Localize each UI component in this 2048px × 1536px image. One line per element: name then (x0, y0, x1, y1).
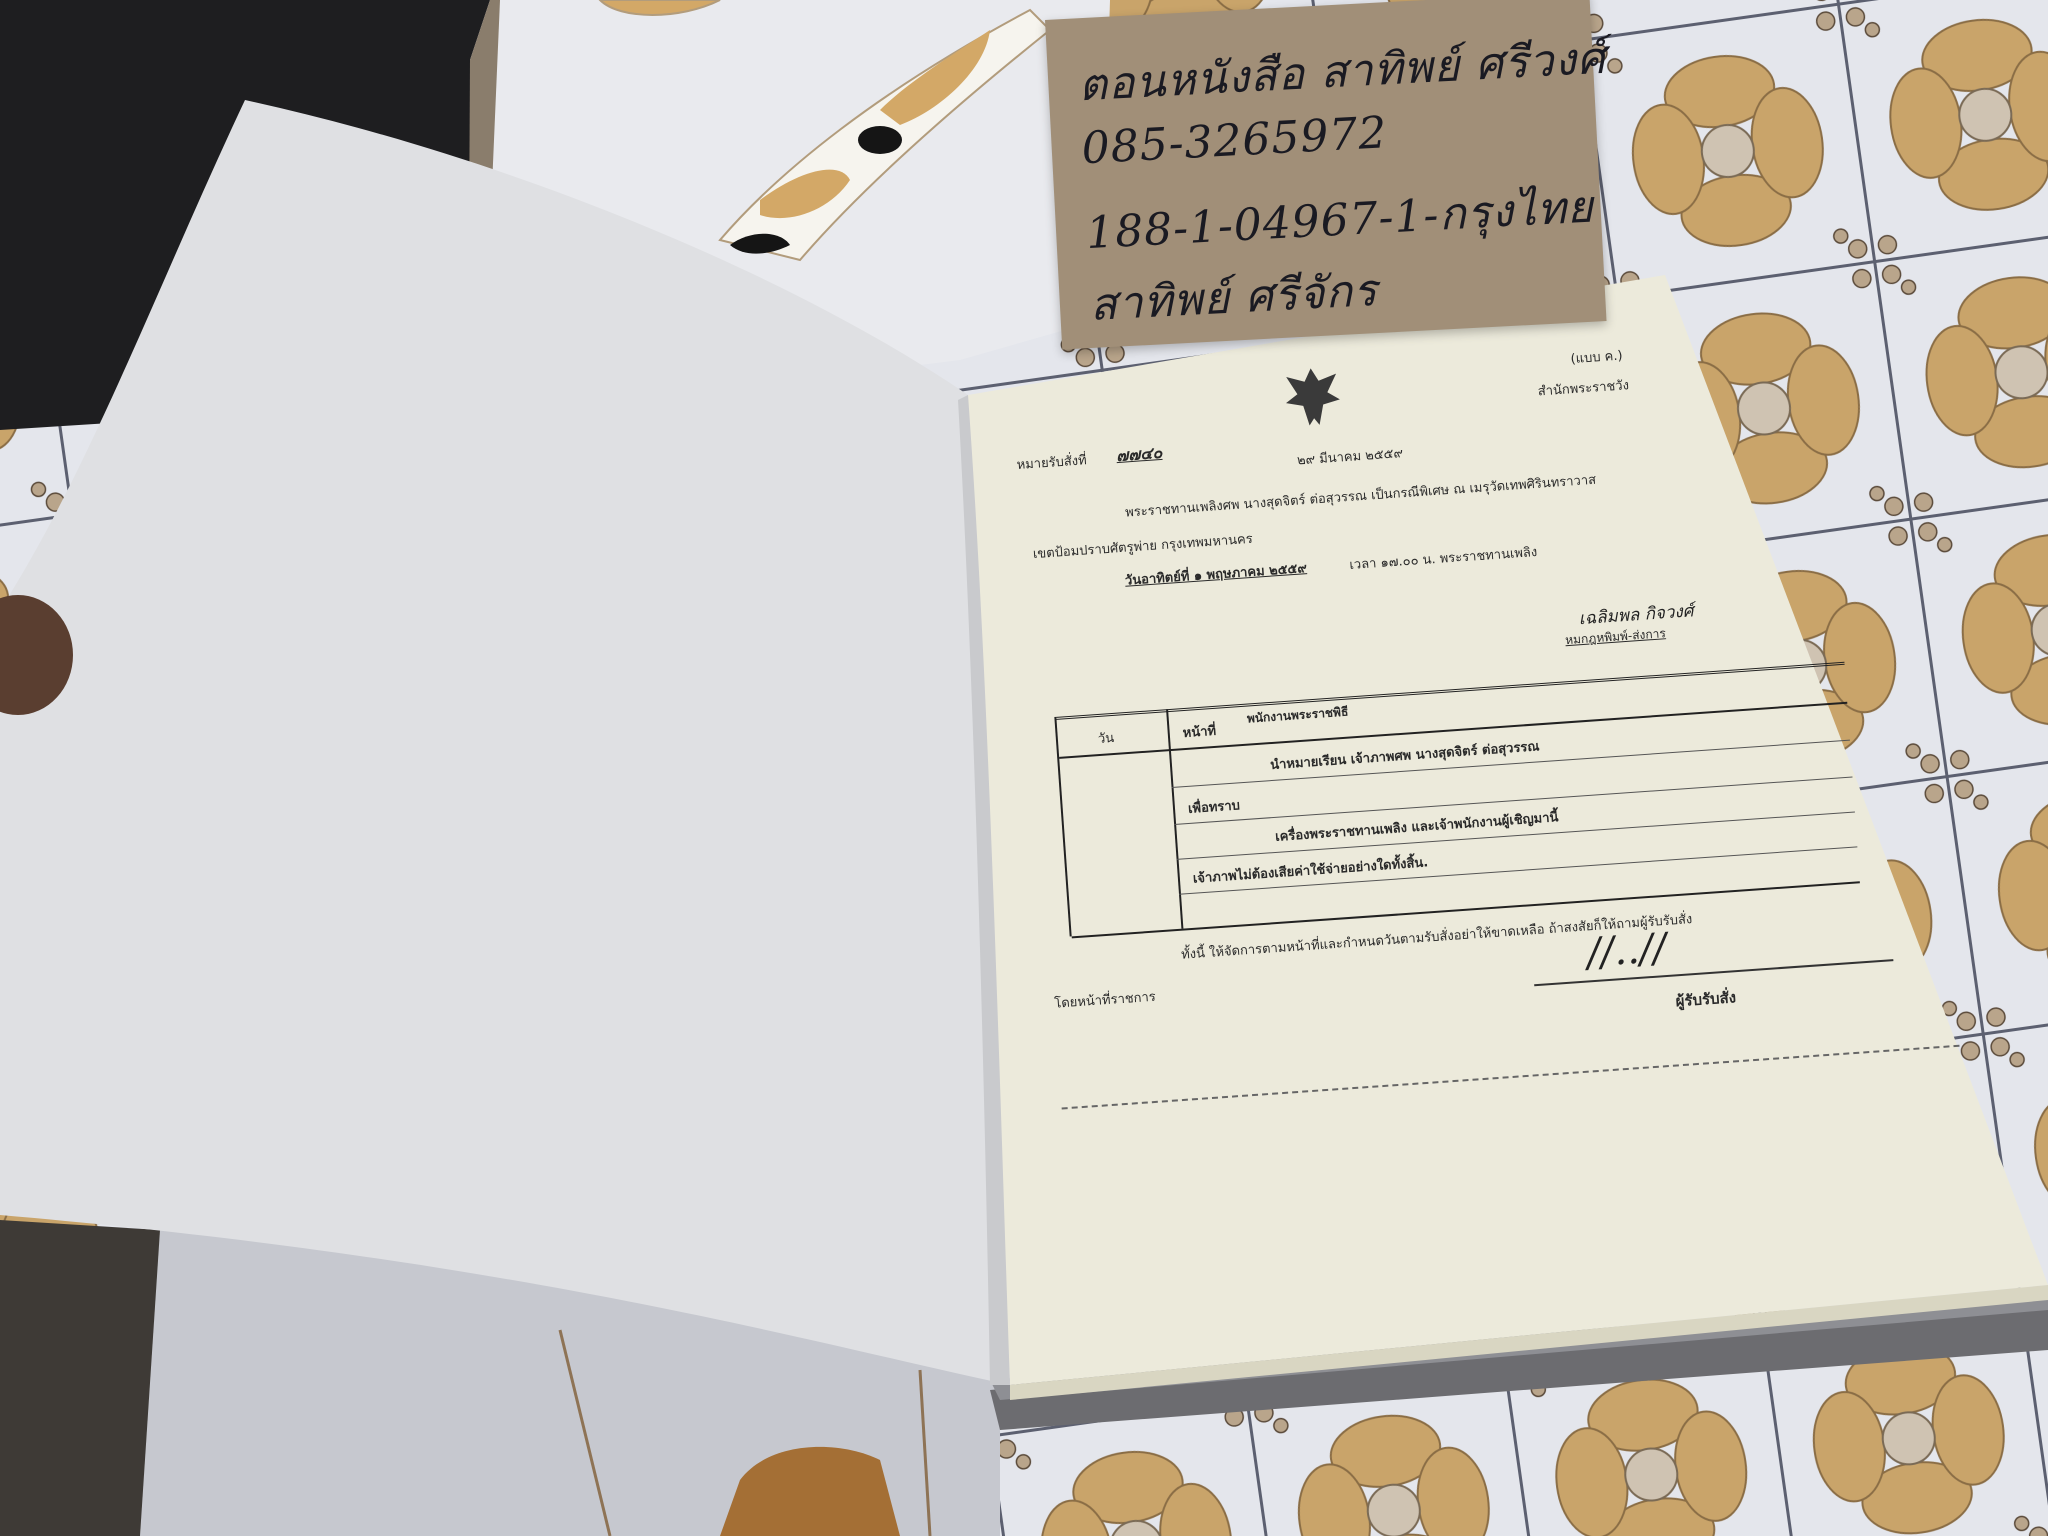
photo-scene: ตอนหนังสือ สาทิพย์ ศรีวงศ์ 085-3265972 1… (0, 0, 2048, 1536)
by-office-label: โดยหน้าที่ราชการ (1054, 986, 1157, 1014)
duty-value: พนักงานพระราชพิธี (1246, 703, 1349, 729)
body-line-1: พระราชทานเพลิงศพ นางสุดจิตร์ ต่อสุวรรณ เ… (1124, 469, 1596, 523)
table-row-3: เจ้าภาพไม่ต้องเสียค่าใช้จ่ายอย่างใดทั้งส… (1192, 851, 1429, 888)
garuda-emblem-icon (1275, 361, 1350, 436)
table-row-2: เครื่องพระราชทานเพลิง และเจ้าพนักงานผู้เ… (1274, 806, 1559, 847)
royal-order-document: (แบบ ค.) สำนักพระราชวัง หมายรับสั่งที่ ๗… (1000, 307, 1947, 1068)
order-number-label: หมายรับสั่งที่ (1016, 449, 1087, 475)
table-header-day: วัน (1097, 727, 1115, 749)
document-date: ๒๙ มีนาคม ๒๕๕๙ (1296, 442, 1403, 470)
receiver-label: ผู้รับรับสั่ง (1675, 985, 1737, 1013)
sign-line-title: ตอนหนังสือ สาทิพย์ ศรีวงศ์ (1077, 23, 1608, 121)
sign-line-bank-account: 188-1-04967-1-กรุงไทย (1084, 172, 1595, 268)
office-name: สำนักพระราชวัง (1537, 374, 1630, 401)
body-line-2: เขตป้อมปราบศัตรูพ่าย กรุงเทพมหานคร (1032, 528, 1253, 564)
sign-line-name: สาทิพย์ ศรีจักร (1088, 255, 1379, 340)
schedule-time: เวลา ๑๗.๐๐ น. พระราชทานเพลิง (1349, 541, 1538, 575)
bottom-signature: //..// (1586, 925, 1668, 976)
duty-label: หน้าที่ (1182, 720, 1217, 743)
schedule-date: วันอาทิตย์ที่ ๑ พฤษภาคม ๒๕๕๙ (1124, 557, 1307, 591)
table-row-1: นำหมายเรียน เจ้าภาพศพ นางสุดจิตร์ ต่อสุว… (1269, 735, 1540, 775)
form-label: (แบบ ค.) (1570, 345, 1623, 370)
handwritten-cardboard-sign: ตอนหนังสือ สาทิพย์ ศรีวงศ์ 085-3265972 1… (1045, 0, 1607, 350)
duty-table: วัน หน้าที่ พนักงานพระราชพิธี นำหมายเรีย… (1054, 662, 1859, 937)
inform-label: เพื่อทราบ (1187, 794, 1240, 819)
order-number: ๗๗๔๐ (1115, 441, 1163, 469)
